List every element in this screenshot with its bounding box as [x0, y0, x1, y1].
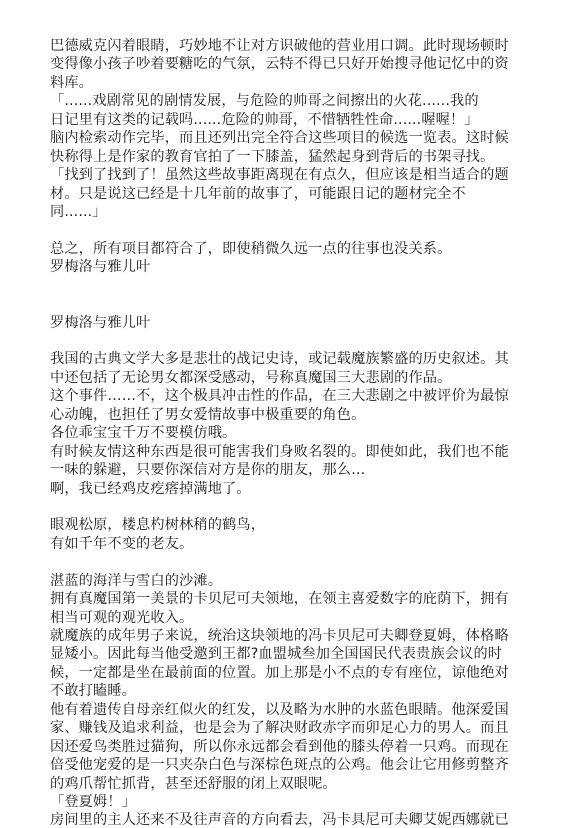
- text-line: 「登夏姆！」: [50, 793, 540, 811]
- text-line: 显矮小。因此每当他受邀到王都?血盟城叁加全国国民代表贵族会议的时: [50, 645, 540, 663]
- text-line: 心动魄，也担任了男女爱情故事中极重要的角色。: [50, 406, 540, 424]
- text-line: 相当可观的观光收入。: [50, 609, 540, 627]
- text-line: 料库。: [50, 74, 540, 92]
- text-line: 日记里有这类的记载吗......危险的帅哥，不惜牺牲性命......喔喔！」: [50, 111, 540, 129]
- text-line: 各位乖宝宝千万不要模仿哦。: [50, 424, 540, 442]
- document-page: 巴德威克闪着眼睛，巧妙地不让对方识破他的营业用口调。此时现场顿时 变得像小孩子吵…: [50, 37, 540, 828]
- text-line: 就魔族的成年男子来说，统治这块领地的冯卡贝尼可夫卿登夏姆，体格略: [50, 627, 540, 645]
- section-continued: 巴德威克闪着眼睛，巧妙地不让对方识破他的营业用口调。此时现场顿时 变得像小孩子吵…: [50, 37, 540, 277]
- text-line: 快称得上是作家的教育官拍了一下膝盖，猛然起身到背后的书架寻找。: [50, 148, 540, 166]
- text-line: 巴德威克闪着眼睛，巧妙地不让对方识破他的营业用口调。此时现场顿时: [50, 37, 540, 55]
- text-line: 一味的躲避，只要你深信对方是你的朋友，那么…: [50, 461, 540, 479]
- text-line: 罗梅洛与雅儿叶: [50, 258, 540, 276]
- blank-line: [50, 277, 540, 295]
- text-line: 候，一定都是坐在最前面的位置。加上那是小不点的专有座位，谅他绝对: [50, 664, 540, 682]
- text-line: 同......」: [50, 203, 540, 221]
- text-line: 我国的古典文学大多是悲壮的战记史诗，或记载魔族繁盛的历史叙述。其: [50, 350, 540, 368]
- text-line: 倍受他宠爱的是一只夹杂白色与深棕色斑点的公鸡。他会让它用修剪整齐: [50, 756, 540, 774]
- text-line: 家、赚钱及追求利益，也是会为了解决财政赤字而卯足心力的男人。而且: [50, 719, 540, 737]
- blank-line: [50, 498, 540, 516]
- text-line: 因还爱鸟类胜过猫狗，所以你永远都会看到他的膝头停着一只鸡。而现在: [50, 738, 540, 756]
- text-line: 有如千年不变的老友。: [50, 535, 540, 553]
- text-line: 总之，所有项目都符合了，即使稍微久远一点的往事也没关系。: [50, 240, 540, 258]
- text-line: 中还包括了无论男女都深受感动，号称真魔国三大悲剧的作品。: [50, 369, 540, 387]
- blank-line: [50, 295, 540, 313]
- blank-line: [50, 553, 540, 571]
- text-line: 变得像小孩子吵着要糖吃的气氛，云特不得已只好开始搜寻他记忆中的资: [50, 55, 540, 73]
- text-line: 湛蓝的海洋与雪白的沙滩。: [50, 572, 540, 590]
- text-line: 的鸡爪帮忙抓背，甚至还舒服的闭上双眼呢。: [50, 775, 540, 793]
- text-line: 啊，我已经鸡皮疙瘩掉满地了。: [50, 480, 540, 498]
- text-line: 「找到了找到了！虽然这些故事距离现在有点久，但应该是相当适合的题: [50, 166, 540, 184]
- text-line: 「......戏剧常见的剧情发展，与危险的帅哥之间擦出的火花......我的: [50, 92, 540, 110]
- text-line: 材。只是说这已经是十几年前的故事了，可能跟日记的题材完全不: [50, 185, 540, 203]
- chapter-title: 罗梅洛与雅儿叶: [50, 314, 540, 332]
- text-line: 房间里的主人还来不及往声音的方向看去，冯卡具尼可夫卿艾妮西娜就已: [50, 811, 540, 828]
- section-chapter: 罗梅洛与雅儿叶 我国的古典文学大多是悲壮的战记史诗，或记载魔族繁盛的历史叙述。其…: [50, 314, 540, 828]
- blank-line: [50, 332, 540, 350]
- text-line: 脑内检索动作完毕，而且还列出完全符合这些项目的候选一览表。这时候: [50, 129, 540, 147]
- text-line: 有时候友情这种东西是很可能害我们身败名裂的。即使如此，我们也不能: [50, 443, 540, 461]
- text-line: 这个事件……不，这个极具冲击性的作品，在三大悲剧之中被评价为最惊: [50, 387, 540, 405]
- text-line: 不敢打瞌睡。: [50, 682, 540, 700]
- text-line: 拥有真魔国第一美景的卡贝尼可夫领地，在领主喜爱数字的庇荫下，拥有: [50, 590, 540, 608]
- blank-line: [50, 221, 540, 239]
- text-line: 眼观松原，楼息杓树林稍的鹤鸟，: [50, 516, 540, 534]
- text-line: 他有着遗传自母亲红似火的红发，以及略为水肿的水蓝色眼睛。他深爱国: [50, 701, 540, 719]
